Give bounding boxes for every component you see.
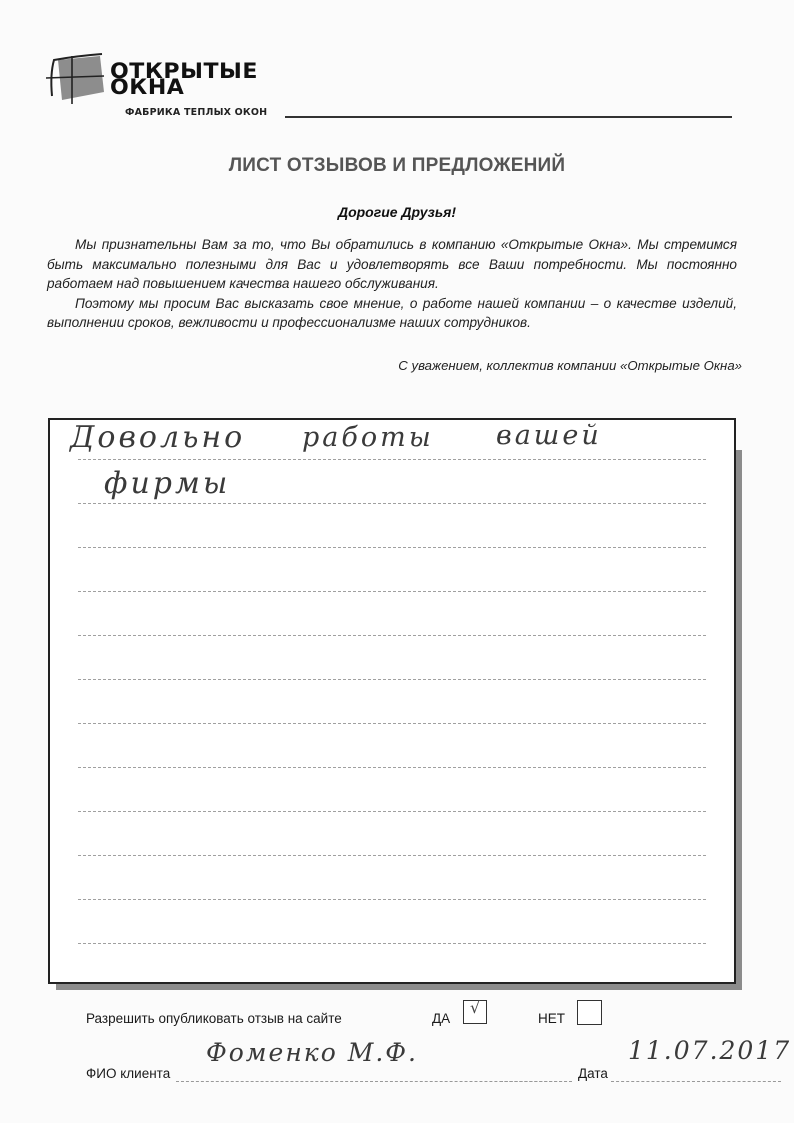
client-name-line-end <box>500 1081 572 1082</box>
brand-tagline: ФАБРИКА ТЕПЛЫХ ОКОН <box>125 107 267 118</box>
ruled-line <box>78 547 706 548</box>
intro-paragraph-2: Поэтому мы просим Вас высказать свое мне… <box>47 294 737 333</box>
feedback-box[interactable]: Довольно работы вашей фирмы <box>48 418 736 984</box>
checkmark-icon: √ <box>470 998 480 1017</box>
ruled-line <box>78 811 706 812</box>
signature: С уважением, коллектив компании «Открыты… <box>398 358 742 373</box>
feedback-word-1: Довольно <box>70 420 245 455</box>
client-name-field[interactable]: Фоменко М.Ф. <box>206 1038 418 1067</box>
ruled-line <box>78 591 706 592</box>
ruled-line <box>78 767 706 768</box>
ruled-line <box>78 459 706 460</box>
date-field[interactable]: 11.07.2017 <box>628 1036 791 1065</box>
publish-permission-label: Разрешить опубликовать отзыв на сайте <box>86 1011 342 1026</box>
intro-text: Мы признательны Вам за то, что Вы обрати… <box>47 235 737 333</box>
brand-name: ОТКРЫТЫЕ ОКНА <box>110 63 258 95</box>
no-checkbox[interactable] <box>577 1000 602 1025</box>
ruled-line <box>78 899 706 900</box>
client-name-label: ФИО клиента <box>86 1066 170 1081</box>
ruled-line <box>78 503 706 504</box>
feedback-line-2: фирмы <box>104 466 230 501</box>
ruled-line <box>78 943 706 944</box>
feedback-word-2: работы <box>302 422 434 453</box>
window-frame-icon <box>46 52 106 106</box>
ruled-line <box>78 635 706 636</box>
no-label: НЕТ <box>538 1011 565 1026</box>
header-divider <box>285 116 732 118</box>
ruled-line <box>78 723 706 724</box>
date-line <box>611 1081 781 1082</box>
ruled-line <box>78 679 706 680</box>
feedback-word-3: вашей <box>496 420 602 451</box>
ruled-line <box>78 855 706 856</box>
page-title: ЛИСТ ОТЗЫВОВ И ПРЕДЛОЖЕНИЙ <box>0 155 794 177</box>
intro-paragraph-1: Мы признательны Вам за то, что Вы обрати… <box>47 235 737 294</box>
greeting: Дорогие Друзья! <box>0 204 794 220</box>
date-label: Дата <box>578 1066 608 1081</box>
yes-label: ДА <box>432 1011 450 1026</box>
